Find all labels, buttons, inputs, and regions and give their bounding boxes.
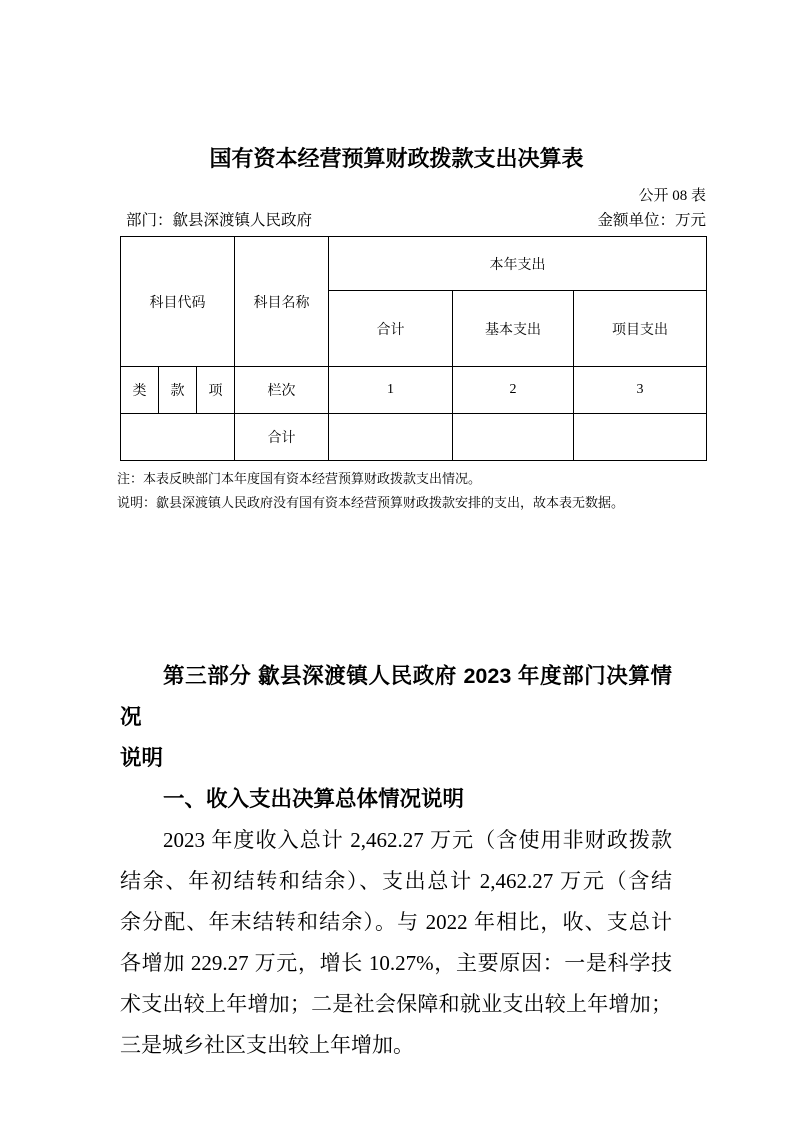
table-total-row: 合计 — [121, 414, 707, 461]
table-notes: 注：本表反映部门本年度国有资本经营预算财政拨款支出情况。 说明：歙县深渡镇人民政… — [117, 467, 733, 515]
paragraph-line: 余分配、年末结转和结余）。与 2022 年相比，收、支总计 — [120, 902, 672, 943]
paragraph-line: 术支出较上年增加；二是社会保障和就业支出较上年增加； — [120, 984, 672, 1025]
header-section: 款 — [159, 367, 197, 414]
table-meta-row: 部门：歙县深渡镇人民政府 金额单位：万元 — [126, 211, 706, 230]
section-heading-line-2: 说明 — [120, 738, 672, 779]
table-index-row: 类 款 项 栏次 1 2 3 — [121, 367, 707, 414]
form-code-label: 公开 08 表 — [638, 187, 706, 205]
expenditure-table: 科目代码 科目名称 本年支出 合计 基本支出 项目支出 类 款 项 栏次 1 2… — [120, 236, 707, 461]
header-class: 类 — [121, 367, 159, 414]
column-index-label: 栏次 — [235, 367, 329, 414]
header-project-expenditure: 项目支出 — [574, 291, 707, 367]
document-page: 国有资本经营预算财政拨款支出决算表 公开 08 表 部门：歙县深渡镇人民政府 金… — [0, 0, 793, 1122]
paragraph-line: 结余、年初结转和结余）、支出总计 2,462.27 万元（含结 — [120, 861, 672, 902]
header-total: 合计 — [329, 291, 453, 367]
paragraph-line: 各增加 229.27 万元，增长 10.27%，主要原因：一是科学技 — [120, 943, 672, 984]
column-index-1: 1 — [329, 367, 453, 414]
paragraph-line: 三是城乡社区支出较上年增加。 — [120, 1025, 672, 1066]
column-index-3: 3 — [574, 367, 707, 414]
table-note: 注：本表反映部门本年度国有资本经营预算财政拨款支出情况。 — [117, 467, 733, 491]
total-row-label: 合计 — [235, 414, 329, 461]
header-subject-code: 科目代码 — [121, 237, 235, 367]
total-row-basic-value — [453, 414, 574, 461]
table-note-explanation: 说明：歙县深渡镇人民政府没有国有资本经营预算财政拨款安排的支出，故本表无数据。 — [117, 491, 733, 515]
department-label: 部门：歙县深渡镇人民政府 — [126, 211, 312, 230]
page-title: 国有资本经营预算财政拨款支出决算表 — [0, 146, 793, 172]
total-row-total-value — [329, 414, 453, 461]
section-three: 第三部分 歙县深渡镇人民政府 2023 年度部门决算情况 说明 一、收入支出决算… — [120, 656, 672, 1066]
header-item: 项 — [197, 367, 235, 414]
total-row-code-cell — [121, 414, 235, 461]
paragraph-line: 2023 年度收入总计 2,462.27 万元（含使用非财政拨款 — [120, 820, 672, 861]
section-heading-line-1: 第三部分 歙县深渡镇人民政府 2023 年度部门决算情况 — [120, 656, 672, 738]
header-current-year-expenditure: 本年支出 — [329, 237, 707, 291]
column-index-2: 2 — [453, 367, 574, 414]
header-subject-name: 科目名称 — [235, 237, 329, 367]
table-header-row-1: 科目代码 科目名称 本年支出 — [121, 237, 707, 291]
section-subheading: 一、收入支出决算总体情况说明 — [120, 779, 672, 820]
header-basic-expenditure: 基本支出 — [453, 291, 574, 367]
unit-label: 金额单位：万元 — [597, 211, 706, 230]
total-row-project-value — [574, 414, 707, 461]
